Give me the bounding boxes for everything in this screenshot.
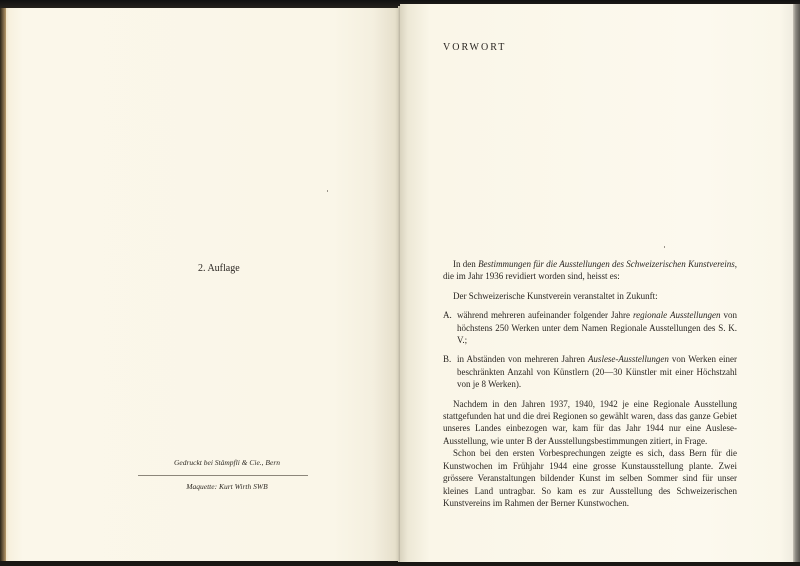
list-content: in Abständen von mehreren Jahren Auslese… <box>457 353 737 390</box>
list-content: während mehreren aufeinander folgender J… <box>457 309 737 346</box>
list-marker: B. <box>443 353 457 390</box>
book-spread: 2. Auflage Gedruckt bei Stämpfli & Cie.,… <box>0 0 800 566</box>
paper-speck <box>327 190 328 192</box>
paragraph-history: Nachdem in den Jahren 1937, 1940, 1942 j… <box>443 398 737 448</box>
list-lead: während mehreren aufeinander folgender J… <box>457 310 633 320</box>
list-item-a: A. während mehreren aufeinander folgende… <box>443 309 737 346</box>
list-italic: regionale Ausstellungen <box>633 310 721 320</box>
right-page-edge <box>793 4 800 562</box>
paper-speck <box>664 246 665 248</box>
intro-italic-title: Bestimmungen für die Ausstellungen des S… <box>478 259 735 269</box>
paragraph-bern: Schon bei den ersten Vorbesprechungen ze… <box>443 447 737 509</box>
intro-paragraph: In den Bestimmungen für die Ausstellunge… <box>443 258 737 283</box>
list-italic: Auslese-Ausstellungen <box>588 354 669 364</box>
statement-paragraph: Der Schweizerische Kunstverein veranstal… <box>443 290 737 302</box>
edition-label: 2. Auflage <box>198 263 240 274</box>
foreword-body: In den Bestimmungen für die Ausstellunge… <box>443 258 737 509</box>
imprint-divider <box>138 475 308 476</box>
intro-lead: In den <box>453 259 478 269</box>
list-marker: A. <box>443 309 457 346</box>
list-item-b: B. in Abständen von mehreren Jahren Ausl… <box>443 353 737 390</box>
printer-credit: Gedruckt bei Stämpfli & Cie., Bern <box>140 458 314 467</box>
designer-credit: Maquette: Kurt Wirth SWB <box>140 482 314 491</box>
page-heading: VORWORT <box>443 42 506 53</box>
left-page <box>3 8 400 561</box>
list-lead: in Abständen von mehreren Jahren <box>457 354 588 364</box>
